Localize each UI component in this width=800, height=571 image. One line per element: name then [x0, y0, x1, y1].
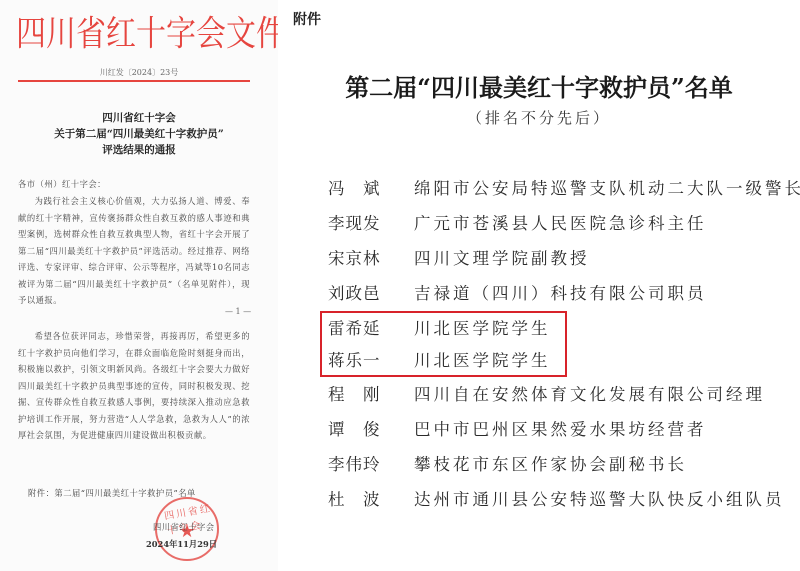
roster-row: 谭 俊 巴中市巴州区果然爱水果坊经营者	[328, 413, 707, 443]
roster-row: 李现发 广元市苍溪县人民医院急诊科主任	[328, 207, 707, 237]
person-title: 四川自在安然体育文化发展有限公司经理	[414, 381, 765, 405]
roster-row: 杜 波 达州市通川县公安特巡警大队快反小组队员	[328, 483, 785, 513]
person-title: 达州市通川县公安特巡警大队快反小组队员	[414, 486, 785, 510]
person-name: 李现发	[328, 210, 414, 234]
document-number: 川红发〔2024〕23号	[0, 67, 278, 78]
person-name: 程 刚	[328, 381, 414, 405]
person-name: 谭 俊	[328, 416, 414, 440]
body-paragraph-2: 希望各位获评同志，珍惜荣誉，再接再厉，希望更多的红十字救护员向他们学习，在群众面…	[18, 328, 250, 444]
person-name: 杜 波	[328, 486, 414, 510]
person-title: 绵阳市公安局特巡警支队机动二大队一级警长	[414, 175, 800, 199]
notice-title-line-2: 关于第二届“四川最美红十字救护员”	[0, 126, 278, 142]
highlight-box	[320, 311, 567, 377]
body-paragraph-1: 为践行社会主义核心价值观，大力弘扬人道、博爱、奉献的红十字精神，宣传褒扬群众性自…	[18, 193, 250, 309]
person-name: 冯 斌	[328, 175, 414, 199]
notice-title-line-3: 评选结果的通报	[0, 142, 278, 158]
header-divider	[18, 80, 250, 82]
person-title: 攀枝花市东区作家协会副秘书长	[414, 451, 687, 475]
attachment-note: 附件：第二届“四川最美红十字救护员”名单	[28, 487, 196, 499]
person-title: 四川文理学院副教授	[414, 245, 590, 269]
roster-row: 李伟玲 攀枝花市东区作家协会副秘书长	[328, 448, 687, 478]
person-name: 宋京林	[328, 245, 414, 269]
page-number: — 1 —	[225, 307, 251, 316]
roster-row: 程 刚 四川自在安然体育文化发展有限公司经理	[328, 378, 765, 408]
person-title: 广元市苍溪县人民医院急诊科主任	[414, 210, 707, 234]
issuer-name: 四川省红十字会	[153, 521, 215, 533]
roster-title: 第二届“四川最美红十字救护员”名单	[278, 68, 800, 103]
issue-date: 2024年11月29日	[146, 538, 217, 550]
notice-title-line-1: 四川省红十字会	[0, 110, 278, 126]
notice-document-page: 四川省红十字会文件 川红发〔2024〕23号 四川省红十字会 关于第二届“四川最…	[0, 0, 278, 571]
roster-row: 宋京林 四川文理学院副教授	[328, 242, 590, 272]
document-header: 四川省红十字会文件	[16, 4, 256, 56]
attachment-roster-page: 附件 第二届“四川最美红十字救护员”名单 （排名不分先后） 冯 斌 绵阳市公安局…	[278, 0, 800, 571]
person-title: 巴中市巴州区果然爱水果坊经营者	[414, 416, 707, 440]
person-name: 刘政邑	[328, 280, 414, 304]
roster-row: 刘政邑 吉禄道（四川）科技有限公司职员	[328, 277, 707, 307]
roster-row: 冯 斌 绵阳市公安局特巡警支队机动二大队一级警长	[328, 172, 800, 202]
roster-subtitle: （排名不分先后）	[278, 107, 800, 128]
salutation: 各市（州）红十字会：	[18, 176, 250, 193]
person-title: 吉禄道（四川）科技有限公司职员	[414, 280, 707, 304]
attachment-label: 附件	[293, 9, 321, 29]
notice-title: 四川省红十字会 关于第二届“四川最美红十字救护员” 评选结果的通报	[0, 110, 278, 158]
person-name: 李伟玲	[328, 451, 414, 475]
